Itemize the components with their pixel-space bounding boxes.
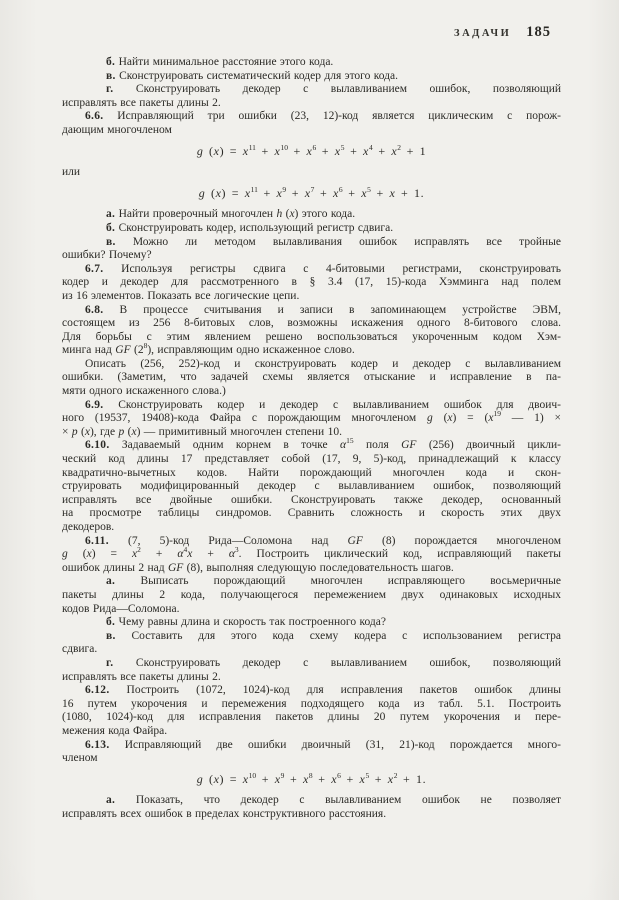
item-number: 6.8.: [85, 304, 103, 316]
text-line: сдвига.: [62, 643, 561, 657]
text-line: 6.10. Задаваемый одним корнем в точке α1…: [62, 439, 561, 453]
item-number: в.: [106, 630, 116, 642]
text-line: ошибки. (Заметим, что задачей схемы явля…: [62, 371, 561, 385]
text-line: б. Найти минимальное расстояние этого ко…: [62, 56, 561, 70]
text-line: мяти одного искаженного слова.): [62, 385, 561, 399]
text-line: ошибок длины 2 над GF (8), выполняя след…: [62, 562, 561, 576]
text-line: состоящем из 256 8-битовых слов, возможн…: [62, 317, 561, 331]
text-line: минга над GF (28), исправляющим одно иск…: [62, 344, 561, 358]
text-line: г. Сконструировать декодер с вылавливани…: [62, 657, 561, 671]
text-line: 6.13. Исправляющий две ошибки двоичный (…: [62, 739, 561, 753]
page-number: 185: [526, 24, 551, 41]
page-body: б. Найти минимальное расстояние этого ко…: [62, 56, 561, 821]
text-line: ческий код длины 17 представляет собой (…: [62, 453, 561, 467]
text-line: Для борьбы с этим явлением решено воспол…: [62, 331, 561, 345]
text-line: 6.6. Исправляющий три ошибки (23, 12)-ко…: [62, 110, 561, 124]
item-number: 6.6.: [85, 110, 103, 122]
text-line: ошибки? Почему?: [62, 249, 561, 263]
text-line: а. Найти проверочный многочлен h (x) это…: [62, 208, 561, 222]
text-line: исправлять все пакеты длины 2.: [62, 97, 561, 111]
text-line: 6.12. Построить (1072, 1024)-код для исп…: [62, 684, 561, 698]
text-line: g (x) = x2 + α4x + α3. Построить цикличе…: [62, 548, 561, 562]
text-line: исправлять всех ошибок в пределах констр…: [62, 808, 561, 822]
item-number: а.: [106, 208, 115, 220]
item-number: 6.13.: [85, 739, 110, 751]
text-line: × p (x), где p (x) — примитивный многочл…: [62, 426, 561, 440]
text-line: Описать (256, 252)-код и сконструировать…: [62, 358, 561, 372]
item-number: а.: [106, 794, 115, 806]
text-line: 16 путем укорочения и перемежения подход…: [62, 698, 561, 712]
text-line: на просмотре таблицы синдромов. Сравнить…: [62, 507, 561, 521]
item-number: 6.9.: [85, 399, 103, 411]
formula-line: g (x) = x10 + x9 + x8 + x6 + x5 + x2 + 1…: [62, 773, 561, 787]
text-line: исправлять все двойные ошибки. Сконструи…: [62, 494, 561, 508]
text-line: в. Сконструировать систематический кодер…: [62, 70, 561, 84]
item-number: 6.7.: [85, 263, 103, 275]
item-number: 6.12.: [85, 684, 110, 696]
text-line: а. Выписать порождающий многочлен исправ…: [62, 575, 561, 589]
item-number: б.: [106, 56, 115, 68]
text-line: межения кода Файра.: [62, 725, 561, 739]
text-line: 6.7. Используя регистры сдвига с 4-битов…: [62, 263, 561, 277]
text-line: (1080, 1024)-код для исправления пакетов…: [62, 711, 561, 725]
text-line: из 16 элементов. Показать все логические…: [62, 290, 561, 304]
text-line: г. Сконструировать декодер с вылавливани…: [62, 83, 561, 97]
text-line: квадратично-вычетных кодов. Найти порожд…: [62, 467, 561, 481]
page-header: ЗАДАЧИ 185: [454, 24, 551, 41]
item-number: г.: [106, 83, 113, 95]
item-number: г.: [106, 657, 113, 669]
item-number: б.: [106, 616, 115, 628]
item-number: 6.11.: [85, 535, 109, 547]
text-line: кодер и декодер для рассмотренного в § 3…: [62, 276, 561, 290]
running-title: ЗАДАЧИ: [454, 28, 511, 39]
item-number: в.: [106, 236, 116, 248]
text-line: б. Чему равны длина и скорость так постр…: [62, 616, 561, 630]
text-line: б. Сконструировать кодер, использующий р…: [62, 222, 561, 236]
text-line: 6.8. В процессе считывания и записи в за…: [62, 304, 561, 318]
formula-line: g (x) = x11 + x10 + x6 + x5 + x4 + x2 + …: [62, 145, 561, 159]
text-line: или: [62, 166, 561, 180]
text-line: кодов Рида—Соломона.: [62, 603, 561, 617]
item-number: 6.10.: [85, 439, 110, 451]
text-line: исправлять все пакеты длины 2.: [62, 671, 561, 685]
text-line: 6.9. Сконструировать кодер и декодер с в…: [62, 399, 561, 413]
text-line: а. Показать, что декодер с вылавливанием…: [62, 794, 561, 808]
text-line: пакеты длины 2 кода, получающегося перем…: [62, 589, 561, 603]
text-line: струировать модифицированный декодер с в…: [62, 480, 561, 494]
formula-line: g (x) = x11 + x9 + x7 + x6 + x5 + x + 1.: [62, 187, 561, 201]
text-line: ного (19537, 19408)-кода Файра с порожда…: [62, 412, 561, 426]
text-line: дающим многочленом: [62, 124, 561, 138]
item-number: в.: [106, 70, 116, 82]
text-line: в. Можно ли методом вылавливания ошибок …: [62, 236, 561, 250]
document-page: ЗАДАЧИ 185 б. Найти минимальное расстоян…: [0, 0, 619, 900]
item-number: б.: [106, 222, 115, 234]
item-number: а.: [106, 575, 115, 587]
text-line: декодеров.: [62, 521, 561, 535]
text-line: членом: [62, 752, 561, 766]
text-line: в. Составить для этого кода схему кодера…: [62, 630, 561, 644]
